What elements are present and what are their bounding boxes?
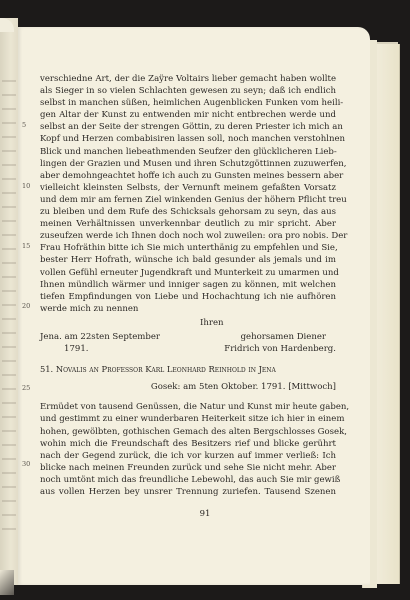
text-line: tiefen Empfindungen von Liebe und Hochac… xyxy=(40,291,336,303)
page-number: 91 xyxy=(0,509,410,519)
text-line: Frau Hofräthin bitte ich Sie mich untert… xyxy=(40,242,336,254)
book-cover-corner xyxy=(0,570,14,595)
text-line: zu bleiben und dem Rufe des Schicksals g… xyxy=(40,206,336,218)
letter-50-closing: Ihren Jena. am 22sten September gehorsam… xyxy=(40,317,336,355)
text-line: Kopf und Herzen combabisiren lassen soll… xyxy=(40,133,336,145)
closing-servant: gehorsamen Diener xyxy=(241,331,326,343)
text-line: Ihnen mündlich wärmer und inniger sagen … xyxy=(40,279,336,291)
line-number: 10 xyxy=(22,182,30,190)
text-line: wohin mich die Freundschaft des Besitzer… xyxy=(40,438,336,450)
text-line: nach der Gegend zurück, die ich vor kurz… xyxy=(40,450,336,462)
text-line: und dem mir am fernen Ziel winkenden Gen… xyxy=(40,194,336,206)
letter-50-body: verschiedne Art, der die Zaÿre Voltairs … xyxy=(40,73,336,315)
text-line: als Sieger in so vielen Schlachten gewes… xyxy=(40,85,336,97)
letter-51-heading: 51. Novalis an Professor Karl Leonhard R… xyxy=(40,363,336,375)
text-line: meinen Verhältnissen unverkennbar deutli… xyxy=(40,218,336,230)
text-line: selbst in manchen süßen, heimlichen Auge… xyxy=(40,97,336,109)
text-line: noch umtönt mich das freundliche Lebewoh… xyxy=(40,474,336,486)
text-line: zuseufzen werde ich Ihnen doch noch wol … xyxy=(40,230,336,242)
text-line: und gestimmt zu einer wunderbaren Heiter… xyxy=(40,413,336,425)
text-line: selbst an der Seite der strengen Göttin,… xyxy=(40,121,336,133)
book-page-stack xyxy=(376,44,400,584)
page-text: verschiedne Art, der die Zaÿre Voltairs … xyxy=(40,73,336,498)
text-line: blicke nach meinen Freunden zurück und s… xyxy=(40,462,336,474)
line-number: 5 xyxy=(22,121,26,129)
line-number: 20 xyxy=(22,302,30,310)
line-number: 15 xyxy=(22,242,30,250)
text-line: Blick und manchen liebeathmenden Seufzer… xyxy=(40,146,336,158)
text-line: vielleicht kleinsten Selbsts, der Vernun… xyxy=(40,182,336,194)
text-line: aber demohngeachtet hoffe ich auch zu Gu… xyxy=(40,170,336,182)
closing-ihren: Ihren xyxy=(200,317,224,329)
signature: Fridrich von Hardenberg. xyxy=(224,343,336,355)
year: 1791. xyxy=(64,343,88,355)
text-line: Ermüdet von tausend Genüssen, die Natur … xyxy=(40,401,336,413)
text-line: vollen Gefühl erneuter Jugendkraft und M… xyxy=(40,267,336,279)
facing-page-edge xyxy=(0,18,18,585)
text-line: aus vollen Herzen bey unsrer Trennung zu… xyxy=(40,486,336,498)
text-line: hohen, gewölbten, gothischen Gemach des … xyxy=(40,426,336,438)
facing-page-text-ghost xyxy=(2,80,16,530)
line-number: 25 xyxy=(22,384,30,392)
text-line: werde mich zu nennen xyxy=(40,303,336,315)
text-line: verschiedne Art, der die Zaÿre Voltairs … xyxy=(40,73,336,85)
letter-51-body: Ermüdet von tausend Genüssen, die Natur … xyxy=(40,401,336,498)
place-date: Jena. am 22sten September xyxy=(40,331,160,343)
line-number: 30 xyxy=(22,460,30,468)
text-line: bester Herr Hofrath, wünsche ich bald ge… xyxy=(40,254,336,266)
letter-51-dateline: Gosek: am 5ten Oktober. 1791. [Mittwoch] xyxy=(40,381,336,393)
text-line: gen Altar der Kunst zu entwenden mir nic… xyxy=(40,109,336,121)
text-line: lingen der Grazien und Musen und ihren S… xyxy=(40,158,336,170)
